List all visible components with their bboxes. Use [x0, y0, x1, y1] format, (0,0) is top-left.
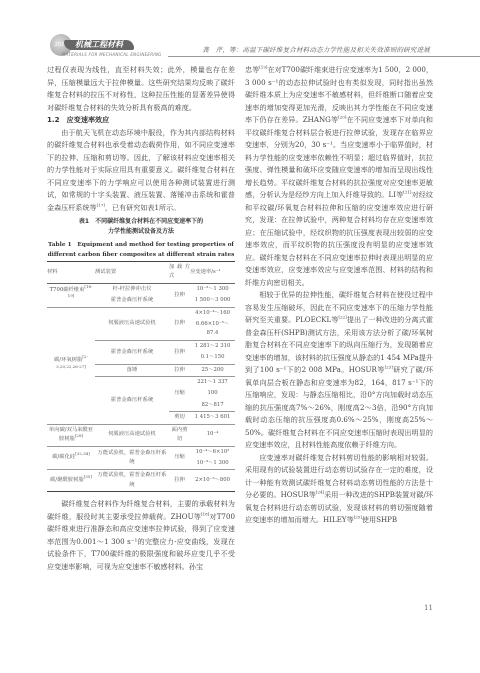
citation[interactable]: [24] [316, 490, 324, 495]
col-device: 测试装置 [95, 262, 169, 284]
table-caption-en: Table 1 Equipment and method for testing… [47, 240, 235, 260]
journal-name-zh: 机械工程材料 [64, 40, 134, 50]
section-heading: 1.2 应变速率效应 [47, 114, 235, 127]
table-row: 单向碳/双马来酰亚胺树脂[28] 伺服液压高速试验机 面内剪切 10⁻⁴ [47, 424, 235, 446]
table-caption-zh: 表1 不同碳纤维复合材料在不同应变速率下的 力学性能测试设备及方法 [47, 217, 235, 237]
table-row: 碳/环氧树脂[2-3,20,22,26-27] 伺服液压高速试验机 拉伸 4×1… [47, 307, 235, 319]
citation[interactable]: [23] [385, 365, 393, 370]
paragraph: 忠等[19]在对T700碳纤维束进行应变速率为1 500，2 000，3 000… [245, 64, 433, 289]
paragraph: 由于航天飞机在动态环境中服役，作为其内部结构材料的碳纤维复合材料也承受着动态载荷… [47, 127, 235, 215]
table-header-row: 材料 测试装置 加载方式 应变速率/s⁻¹ [47, 262, 235, 284]
table-row: T700碳纤维束[18-19] 杆-杆拉伸冲击仪 拉伸 10⁻³～1 300 [47, 283, 235, 295]
header-rule [168, 56, 480, 57]
table-row: 碳/碳化硅[32,34] 万能试验机，霍普金森压杆系统 压缩 10⁻⁴～6×10… [47, 446, 235, 458]
page-header: 2024 机械工程材料 MATERIALS FOR MECHANICAL ENG… [50, 34, 430, 58]
col-material: 材料 [47, 262, 95, 284]
page-number: 11 [424, 604, 433, 612]
paragraph: 碳纤维复合材料作为纤维复合材料，主要的承载材料为碳纤维，服役时其主要承受拉伸载荷… [47, 498, 235, 573]
citation[interactable]: [22] [339, 315, 347, 320]
equipment-table: 材料 测试装置 加载方式 应变速率/s⁻¹ T700碳纤维束[18-19] 杆-… [47, 261, 235, 492]
paragraph: 相较于优异的拉伸性能，碳纤维复合材料在使役过程中容易发生压缩破坏，因此在不同应变… [245, 289, 433, 452]
table-row: 碳/聚酰胺树脂[35] 万能试验机，霍普金森压杆系统 拉伸 2×10⁻³～800 [47, 470, 235, 492]
paragraph: 过程仅表现为线性，直至材料失效；此外，模量也存在差异，压缩模量远大于拉伸模量。这… [47, 64, 235, 114]
left-column: 过程仅表现为线性，直至材料失效；此外，模量也存在差异，压缩模量远大于拉伸模量。这… [47, 64, 235, 573]
citation[interactable]: [25] [354, 515, 362, 520]
col-loading: 加载方式 [169, 262, 190, 284]
journal-name-en: MATERIALS FOR MECHANICAL ENGINEERING [62, 52, 162, 57]
col-strain-rate: 应变速率/s⁻¹ [190, 262, 235, 284]
running-title: 龚 芹，等：高温下碳纤维复合材料动态力学性能及相关失效准则的研究进展 [202, 45, 430, 54]
citation[interactable]: [17] [97, 202, 105, 207]
right-column: 忠等[19]在对T700碳纤维束进行应变速率为1 500，2 000，3 000… [245, 64, 433, 527]
paragraph: 应变速率对碳纤维复合材料剪切性能的影响相对较弱。采用现有的试验装置进行动态剪切试… [245, 452, 433, 527]
